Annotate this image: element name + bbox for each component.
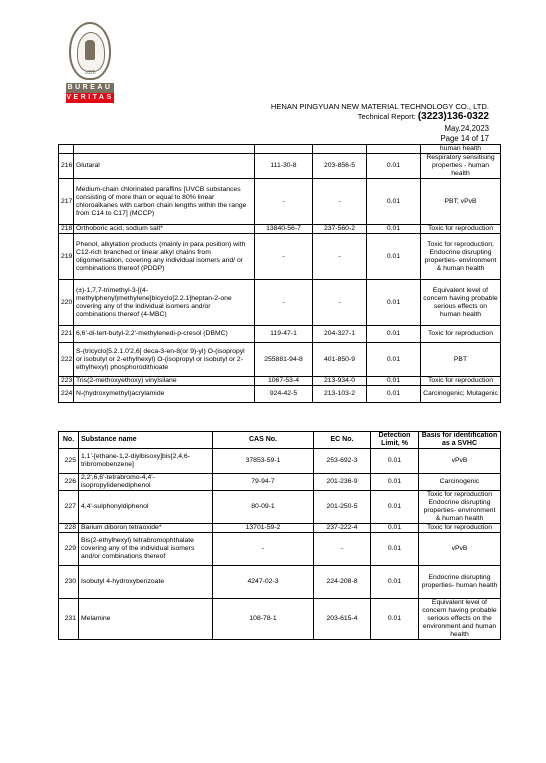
ec-no: 203-856-5 <box>313 154 367 179</box>
table-row: 228Barium diboron tetraoxide*13701-59-22… <box>59 524 501 533</box>
report-date: May.24,2023 <box>444 124 489 133</box>
cas-no: - <box>255 280 313 326</box>
table-row: 229Bis(2-ethylhexyl) tetrabromophthalate… <box>59 533 501 566</box>
bureau-veritas-logo: 1828 BUREAU VERITAS <box>66 22 114 103</box>
detection-limit: 0.01 <box>367 280 421 326</box>
detection-limit: 0.01 <box>367 154 421 179</box>
ec-no: - <box>314 533 371 566</box>
detection-limit: 0.01 <box>371 491 419 524</box>
ec-no: - <box>313 179 367 225</box>
table-header-row: No. Substance name CAS No. EC No. Detect… <box>59 432 501 449</box>
brand-line-2: VERITAS <box>66 93 114 103</box>
substance-name: Phenol, alkylation products (mainly in p… <box>74 234 255 280</box>
detection-limit: 0.01 <box>371 566 419 599</box>
svhc-basis: Endocrine disrupting properties- human h… <box>419 566 501 599</box>
detection-limit: 0.01 <box>367 225 421 234</box>
substance-name: Bis(2-ethylhexyl) tetrabromophthalate co… <box>79 533 213 566</box>
table-row: 2251,1'-[ethane-1,2-diylbisoxy]bis[2,4,6… <box>59 449 501 474</box>
table-row: 220(±)-1,7,7-trimethyl-3-[(4-methylpheny… <box>59 280 501 326</box>
table-row: 222S-(tricyclo[5.2.1.0'2,6] deca-3-en-8(… <box>59 343 501 377</box>
svhc-table: No. Substance name CAS No. EC No. Detect… <box>58 431 501 640</box>
detection-limit: 0.01 <box>371 599 419 640</box>
substance-name: N-(hydroxymethyl)acrylamide <box>74 386 255 403</box>
substance-name: Glutaral <box>74 154 255 179</box>
svhc-basis: PBT <box>421 343 501 377</box>
cas-no: 924-42-5 <box>255 386 313 403</box>
ec-no: 201-250-5 <box>314 491 371 524</box>
cas-no: 37853-59-1 <box>213 449 314 474</box>
col-basis: Basis for identification as a SVHC <box>419 432 501 449</box>
substance-name: 2,2',6,6'-tetrabromo-4,4'-isopropylidene… <box>79 474 213 491</box>
svhc-basis: Toxic for reproduction; Endocrine disrup… <box>421 234 501 280</box>
table-row: 216Glutaral111-30-8203-856-50.01Respirat… <box>59 154 501 179</box>
col-substance: Substance name <box>79 432 213 449</box>
cas-no: - <box>255 179 313 225</box>
detection-limit: 0.01 <box>371 474 419 491</box>
ec-no: 201-236-9 <box>314 474 371 491</box>
ec-no: - <box>313 234 367 280</box>
col-no: No. <box>59 432 79 449</box>
table-row: 218Orthoboric acid, sodium salt*13840-56… <box>59 225 501 234</box>
table-row: 2216,6'-di-tert-butyl-2,2'-methylenedi-p… <box>59 326 501 343</box>
row-no: 223 <box>59 377 74 386</box>
brand-line-1: BUREAU <box>66 83 114 93</box>
table-row: 219Phenol, alkylation products (mainly i… <box>59 234 501 280</box>
ec-no: 213-934-0 <box>313 377 367 386</box>
substance-name: 1,1'-[ethane-1,2-diylbisoxy]bis[2,4,6-tr… <box>79 449 213 474</box>
substance-name: S-(tricyclo[5.2.1.0'2,6] deca-3-en-8(or … <box>74 343 255 377</box>
substance-name: Melamine <box>79 599 213 640</box>
cas-no: 80-09-1 <box>213 491 314 524</box>
row-no: 222 <box>59 343 74 377</box>
cas-no: 13840-56-7 <box>255 225 313 234</box>
cas-no: 119-47-1 <box>255 326 313 343</box>
ec-no: 237-222-4 <box>314 524 371 533</box>
report-number: Technical Report: (3223)136-0322 <box>358 111 489 122</box>
company-name: HENAN PINGYUAN NEW MATERIAL TECHNOLOGY C… <box>271 102 489 111</box>
row-no: 224 <box>59 386 74 403</box>
table-row: 231Melamine108-78-1203-615-40.01Equivale… <box>59 599 501 640</box>
ec-no: 204-327-1 <box>313 326 367 343</box>
svhc-basis: Equivalent level of concern having proba… <box>421 280 501 326</box>
seal-icon: 1828 <box>69 22 111 80</box>
svhc-basis: Carcinogenic; Mutagenic <box>421 386 501 403</box>
svhc-basis: Respiratory sensitising properties - hum… <box>421 154 501 179</box>
detection-limit: 0.01 <box>367 386 421 403</box>
row-no: 227 <box>59 491 79 524</box>
substance-name: 6,6'-di-tert-butyl-2,2'-methylenedi-p-cr… <box>74 326 255 343</box>
svhc-basis: Toxic for reproduction <box>421 225 501 234</box>
detection-limit: 0.01 <box>371 449 419 474</box>
col-limit: Detection Limit, % <box>371 432 419 449</box>
row-no: 226 <box>59 474 79 491</box>
cas-no: 108-78-1 <box>213 599 314 640</box>
row-no: 219 <box>59 234 74 280</box>
ec-no: 224-208-8 <box>314 566 371 599</box>
substance-name: 4,4'-sulphonyldiphenol <box>79 491 213 524</box>
detection-limit: 0.01 <box>371 524 419 533</box>
row-no: 225 <box>59 449 79 474</box>
cas-no: 255881-94-8 <box>255 343 313 377</box>
col-ec: EC No. <box>314 432 371 449</box>
carryover-row: human health <box>59 145 501 154</box>
detection-limit: 0.01 <box>367 234 421 280</box>
ec-no: - <box>313 280 367 326</box>
ec-no: 203-615-4 <box>314 599 371 640</box>
ec-no: 213-103-2 <box>313 386 367 403</box>
row-no: 228 <box>59 524 79 533</box>
substance-name: Barium diboron tetraoxide* <box>79 524 213 533</box>
svhc-basis: Equivalent level of concern having proba… <box>419 599 501 640</box>
detection-limit: 0.01 <box>367 377 421 386</box>
svhc-table-continued: human health216Glutaral111-30-8203-856-5… <box>58 144 501 403</box>
row-no: 229 <box>59 533 79 566</box>
detection-limit: 0.01 <box>371 533 419 566</box>
svhc-basis: Carcinogenic <box>419 474 501 491</box>
cas-no: - <box>213 533 314 566</box>
substance-name: Isobutyl 4-hydroxybenzoate <box>79 566 213 599</box>
table-row: 230Isobutyl 4-hydroxybenzoate4247-02-322… <box>59 566 501 599</box>
row-no: 230 <box>59 566 79 599</box>
ec-no: 401-850-9 <box>313 343 367 377</box>
cas-no: 13701-59-2 <box>213 524 314 533</box>
substance-name: Tris(2-methoxyethoxy) vinylsilane <box>74 377 255 386</box>
ec-no: 253-692-3 <box>314 449 371 474</box>
cas-no: - <box>255 234 313 280</box>
row-no: 221 <box>59 326 74 343</box>
substance-name: Orthoboric acid, sodium salt* <box>74 225 255 234</box>
table-row: 224N-(hydroxymethyl)acrylamide924-42-521… <box>59 386 501 403</box>
substance-name: Medium-chain chlorinated paraffins [UVCB… <box>74 179 255 225</box>
table-row: 2274,4'-sulphonyldiphenol80-09-1201-250-… <box>59 491 501 524</box>
table-row: 2262,2',6,6'-tetrabromo-4,4'-isopropylid… <box>59 474 501 491</box>
svhc-basis: Toxic for reproduction Endocrine disrupt… <box>419 491 501 524</box>
detection-limit: 0.01 <box>367 326 421 343</box>
cas-no: 4247-02-3 <box>213 566 314 599</box>
svhc-basis: Toxic for reproduction <box>421 377 501 386</box>
svhc-basis: Toxic for reproduction <box>421 326 501 343</box>
svhc-basis: vPvB <box>419 533 501 566</box>
row-no: 220 <box>59 280 74 326</box>
row-no: 218 <box>59 225 74 234</box>
row-no: 231 <box>59 599 79 640</box>
page-number: Page 14 of 17 <box>440 134 489 143</box>
detection-limit: 0.01 <box>367 179 421 225</box>
svhc-basis: PBT; vPvB <box>421 179 501 225</box>
table-row: 223Tris(2-methoxyethoxy) vinylsilane1067… <box>59 377 501 386</box>
cas-no: 79-94-7 <box>213 474 314 491</box>
ec-no: 237-560-2 <box>313 225 367 234</box>
row-no: 216 <box>59 154 74 179</box>
svhc-basis: Toxic for reproduction <box>419 524 501 533</box>
svhc-basis: vPvB <box>419 449 501 474</box>
cas-no: 111-30-8 <box>255 154 313 179</box>
detection-limit: 0.01 <box>367 343 421 377</box>
col-cas: CAS No. <box>213 432 314 449</box>
cas-no: 1067-53-4 <box>255 377 313 386</box>
row-no: 217 <box>59 179 74 225</box>
table-row: 217Medium-chain chlorinated paraffins [U… <box>59 179 501 225</box>
substance-name: (±)-1,7,7-trimethyl-3-[(4-methylphenyl)m… <box>74 280 255 326</box>
